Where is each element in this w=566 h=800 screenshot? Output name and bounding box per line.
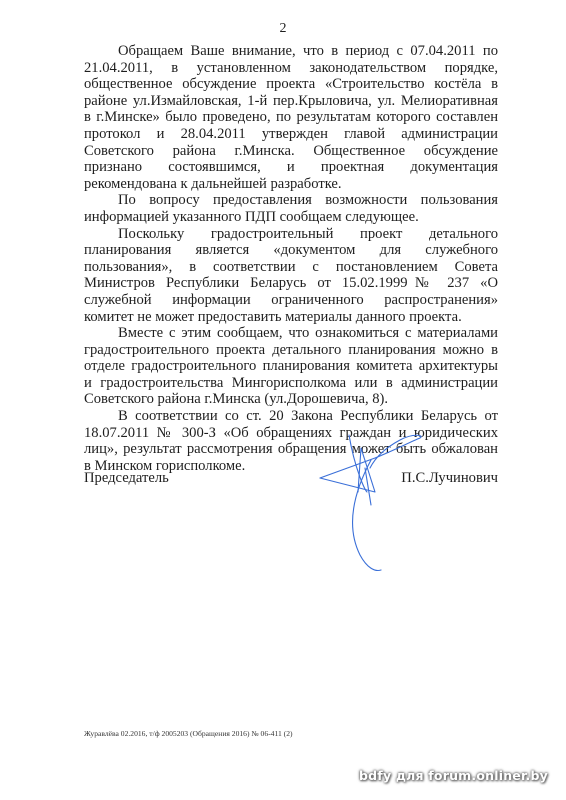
paragraph-access-question: По вопросу предоставления возможности по… [84, 192, 498, 225]
paragraph-appeal-rights: В соответствии со ст. 20 Закона Республи… [84, 408, 498, 474]
footer-reference-note: Журавлёва 02.2016, т/ф 2005203 (Обращени… [84, 729, 293, 738]
paragraph-where-to-review: Вместе с этим сообщаем, что ознакомиться… [84, 325, 498, 408]
letter-body: Обращаем Ваше внимание, что в период с 0… [84, 43, 498, 474]
signatory-title: Председатель [84, 470, 169, 487]
paragraph-restricted-document: Поскольку градостроительный проект детал… [84, 226, 498, 326]
paragraph-public-discussion: Обращаем Ваше внимание, что в период с 0… [84, 43, 498, 192]
page-number: 2 [0, 21, 566, 37]
watermark: bdfy для forum.onliner.by [359, 768, 548, 783]
handwritten-signature-icon [315, 430, 425, 580]
